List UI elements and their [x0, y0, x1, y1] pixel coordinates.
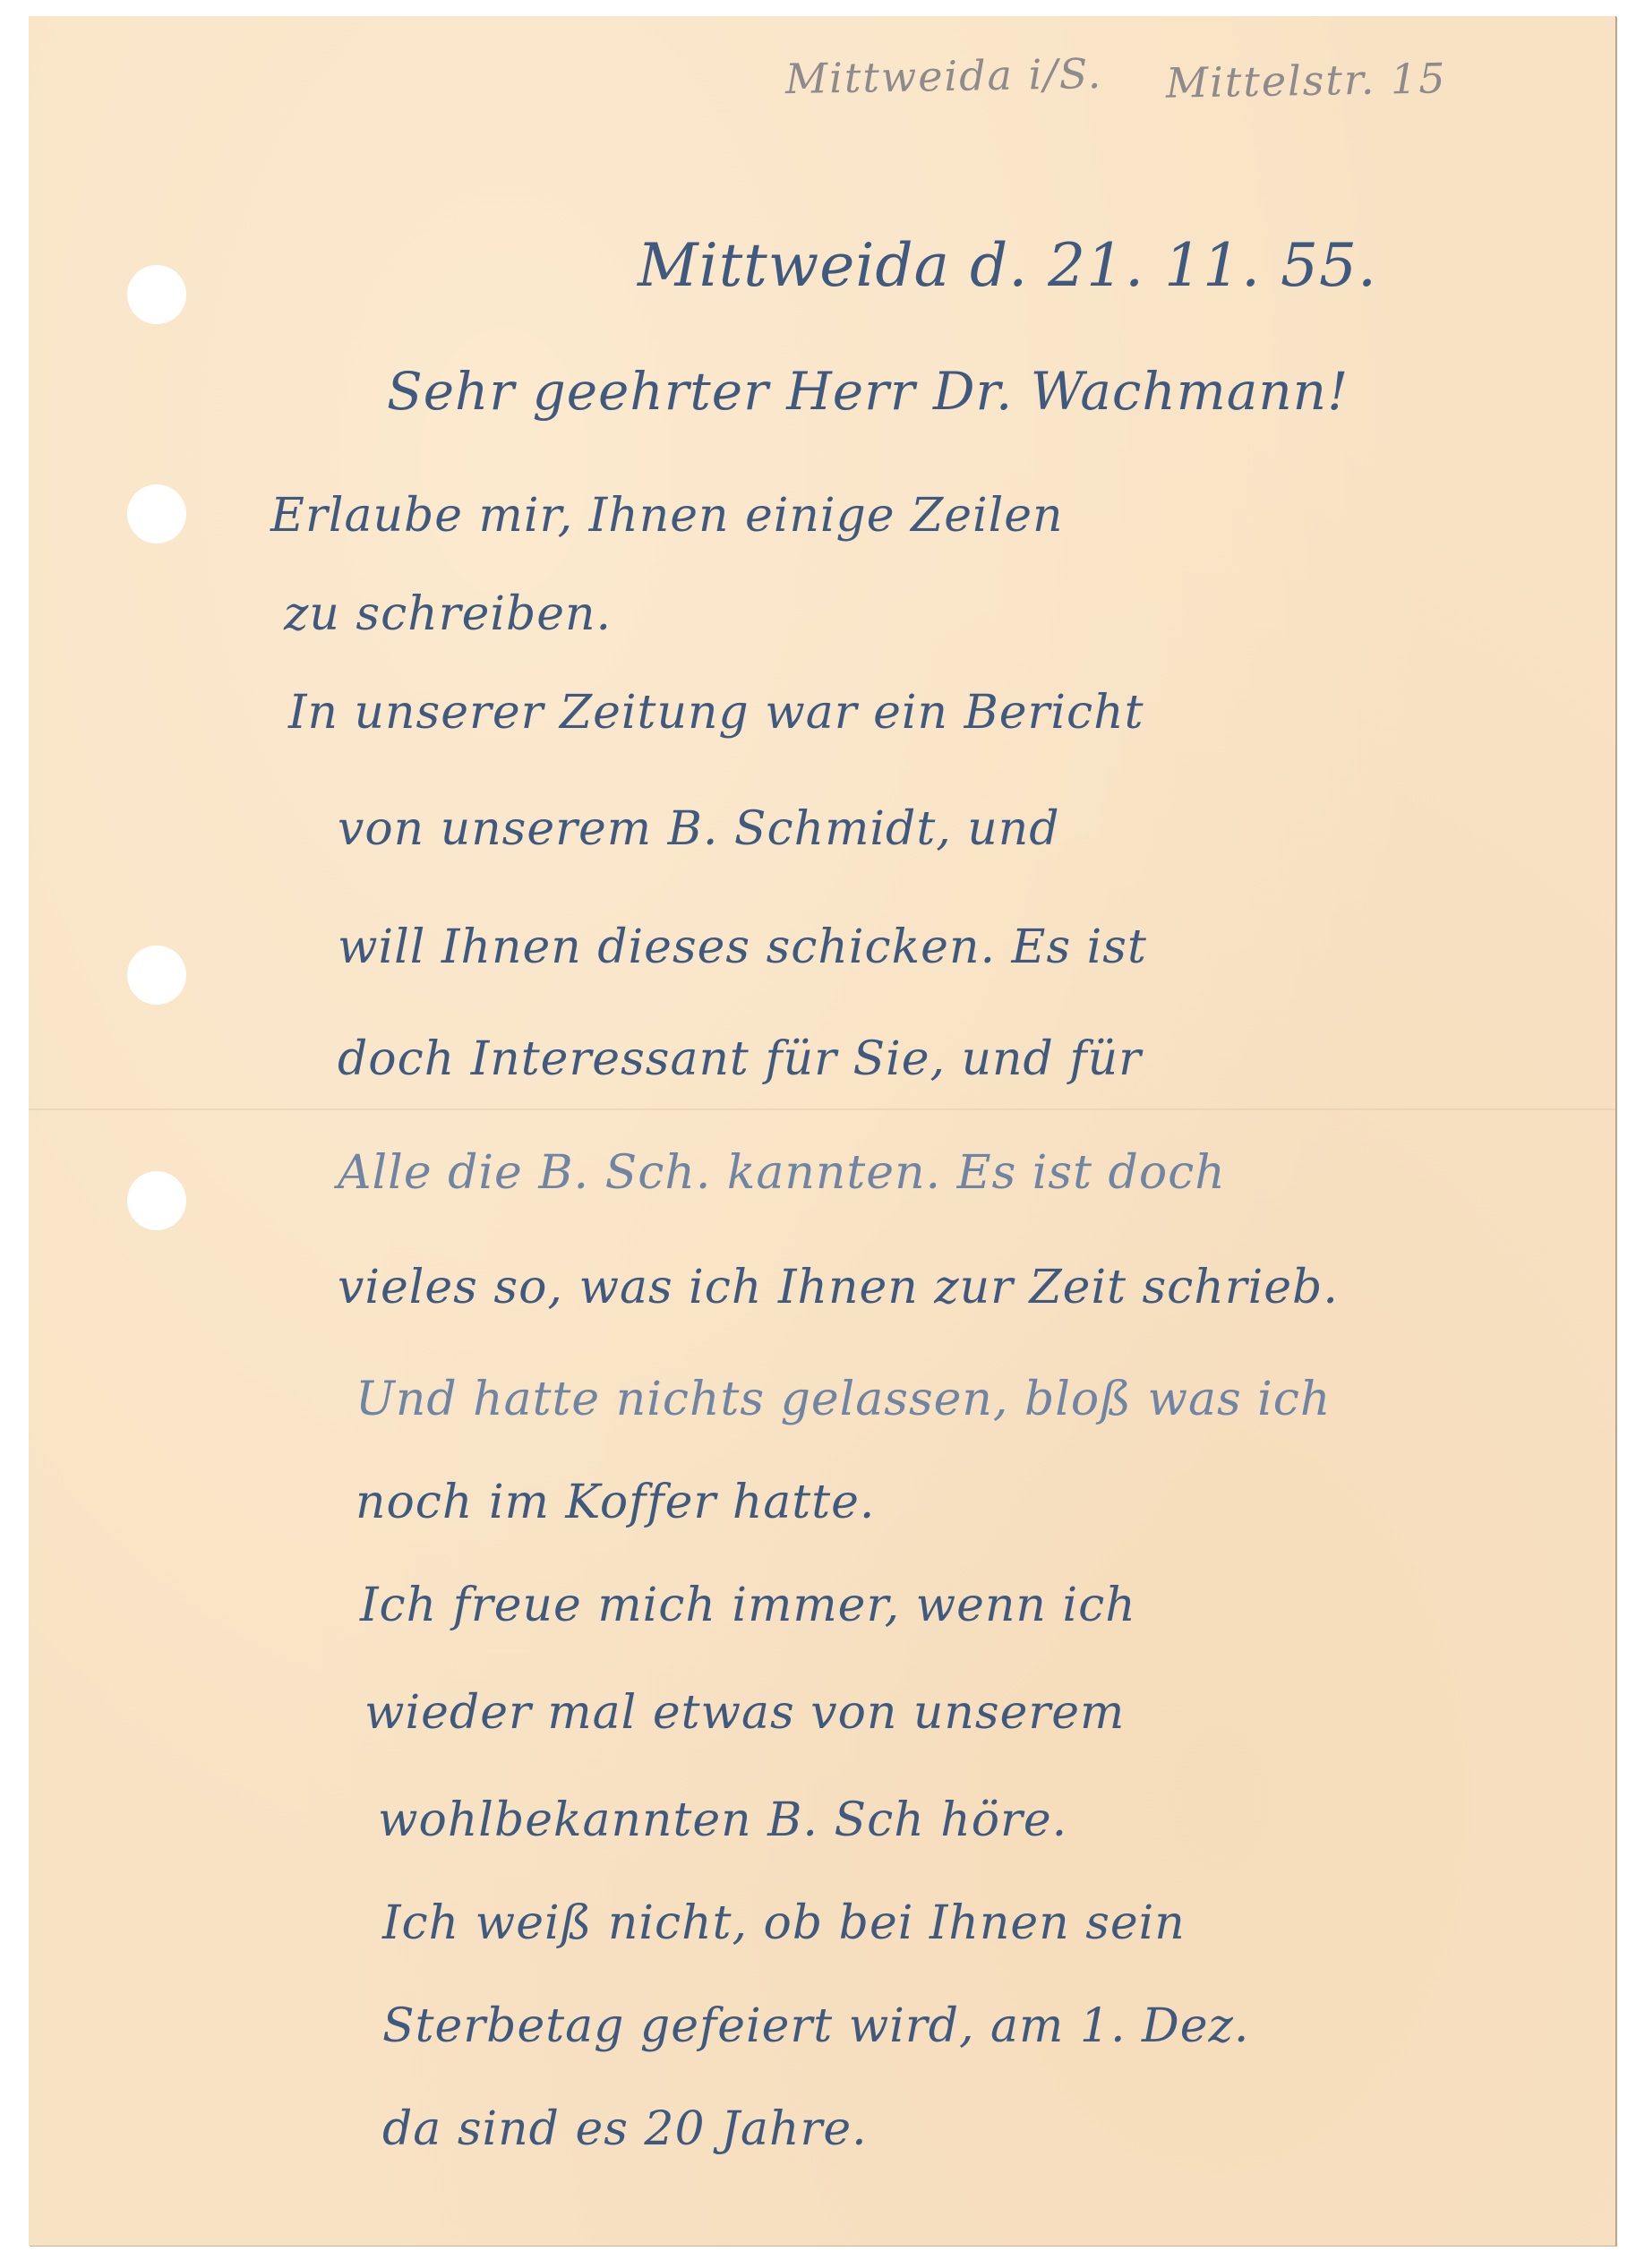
letter-place-date: Mittweida d. 21. 11. 55. — [638, 231, 1377, 300]
body-line: vieles so, was ich Ihnen zur Zeit schrie… — [338, 1261, 1339, 1314]
body-line: zu schreiben. — [284, 587, 612, 641]
punch-hole — [127, 1171, 186, 1230]
body-line: doch Interessant für Sie, und für — [338, 1032, 1142, 1086]
body-line: da sind es 20 Jahre. — [382, 2102, 868, 2156]
body-line: Alle die B. Sch. kannten. Es ist doch — [338, 1146, 1226, 1200]
body-line: noch im Koffer hatte. — [356, 1476, 875, 1529]
punch-hole — [127, 946, 186, 1005]
body-line: Ich weiß nicht, ob bei Ihnen sein — [382, 1896, 1186, 1950]
pencil-address-street: Mittelstr. 15 — [1166, 54, 1447, 107]
paper-fold-crease — [29, 1108, 1615, 1110]
pencil-address-place: Mittweida i/S. — [785, 49, 1103, 103]
body-line: Und hatte nichts gelassen, bloß was ich — [356, 1373, 1331, 1426]
body-line: Sterbetag gefeiert wird, am 1. Dez. — [382, 1999, 1249, 2053]
letter-salutation: Sehr geehrter Herr Dr. Wachmann! — [387, 361, 1349, 422]
body-line: Erlaube mir, Ihnen einige Zeilen — [270, 489, 1064, 543]
body-line: von unserem B. Schmidt, und — [338, 802, 1060, 856]
body-line: wohlbekannten B. Sch höre. — [378, 1793, 1067, 1847]
body-line: wieder mal etwas von unserem — [364, 1686, 1125, 1740]
punch-hole — [127, 484, 186, 543]
body-line: Ich freue mich immer, wenn ich — [360, 1579, 1136, 1632]
body-line: In unserer Zeitung war ein Bericht — [288, 686, 1144, 740]
body-line: will Ihnen dieses schicken. Es ist — [338, 920, 1147, 974]
letter-page: Mittweida i/S. Mittelstr. 15 Mittweida d… — [29, 16, 1616, 2246]
punch-hole — [127, 265, 186, 324]
